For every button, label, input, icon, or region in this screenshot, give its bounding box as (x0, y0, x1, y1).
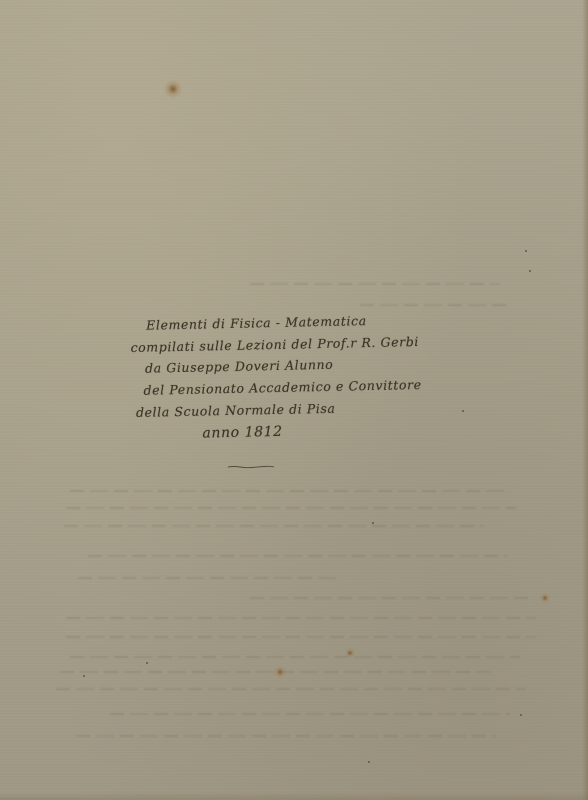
title-line-2: compilati sulle Lezioni del Prof.r R. Ge… (130, 334, 419, 355)
foxing-spot (164, 80, 182, 98)
ink-speck (372, 522, 374, 524)
title-line-3: da Giuseppe Doveri Alunno (145, 357, 334, 376)
foxing-spot (274, 666, 286, 678)
page-edge-bottom (0, 792, 588, 800)
ink-speck (368, 761, 370, 763)
page-edge-right (582, 0, 588, 800)
ink-speck (83, 675, 85, 677)
foxing-spot (540, 593, 550, 603)
title-line-5: della Scuola Normale di Pisa (136, 401, 336, 420)
ink-speck (525, 250, 527, 252)
manuscript-page: Elementi di Fisica - Matematica compilat… (0, 0, 588, 800)
title-block: Elementi di Fisica - Matematica compilat… (130, 310, 490, 318)
ink-speck (146, 662, 148, 664)
ink-speck (529, 270, 531, 272)
wavy-rule-ornament (228, 464, 274, 470)
title-line-6: anno 1812 (202, 424, 283, 442)
title-line-1: Elementi di Fisica - Matematica (146, 313, 367, 333)
foxing-spot (345, 648, 355, 658)
title-line-4: del Pensionato Accademico e Convittore (143, 377, 421, 398)
ink-speck (520, 714, 522, 716)
ink-speck (462, 410, 464, 412)
